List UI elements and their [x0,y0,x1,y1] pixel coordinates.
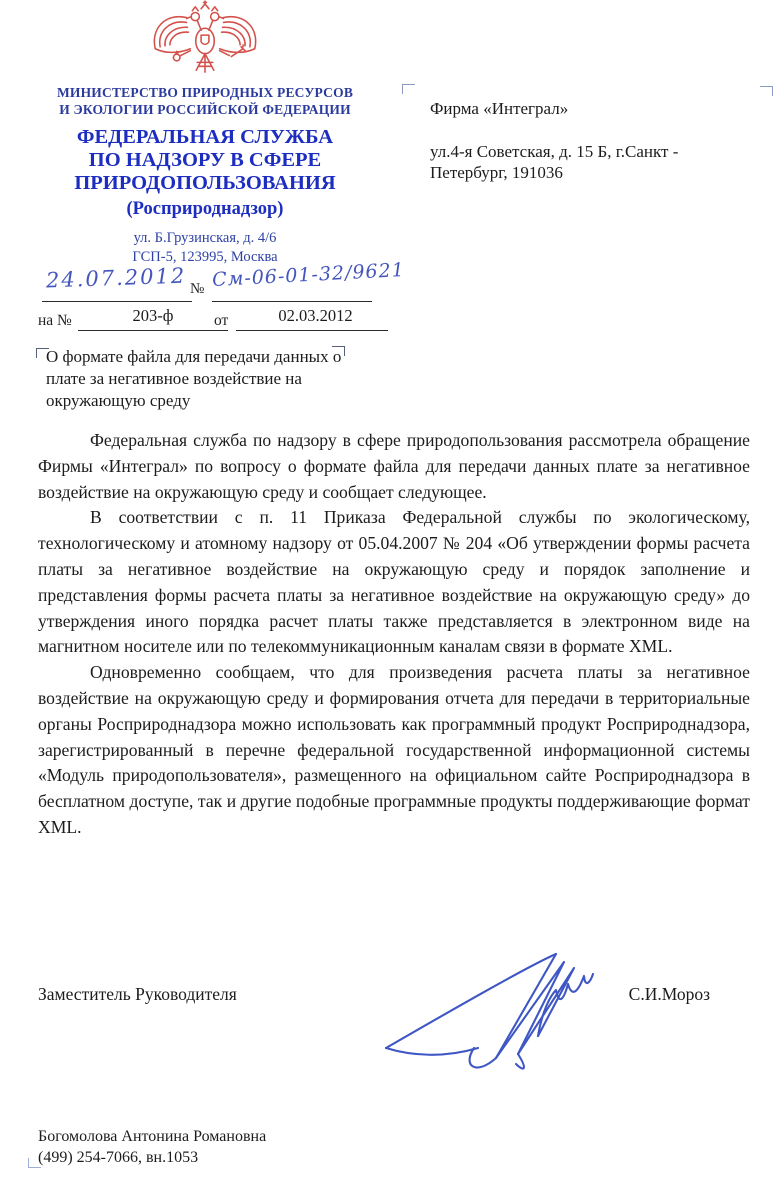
letterhead: МИНИСТЕРСТВО ПРИРОДНЫХ РЕСУРСОВ И ЭКОЛОГ… [40,0,370,267]
incoming-number: 203-ф [78,306,228,326]
incoming-number-underline [78,329,228,331]
addressee-address: ул.4-я Советская, д. 15 Б, г.Санкт - Пет… [430,141,760,183]
agency-line1: ФЕДЕРАЛЬНАЯ СЛУЖБА [40,126,370,149]
corner-mark-tl-icon [402,84,415,94]
addressee-block: Фирма «Интеграл» ул.4-я Советская, д. 15… [430,98,760,183]
date-underline [42,300,192,302]
addressee-name: Фирма «Интеграл» [430,98,760,119]
subject-line1: О формате файла для передачи данных о [46,346,358,368]
agency-short-name: (Росприроднадзор) [40,199,370,220]
coat-of-arms-icon [139,0,271,78]
body-paragraph-2: В соответствии с п. 11 Приказа Федеральн… [38,505,750,660]
incoming-date: 02.03.2012 [243,306,388,326]
incoming-reference-line: на № 203-ф от 02.03.2012 [38,306,478,336]
from-label: от [214,312,228,330]
outgoing-reference-line: 24.07.2012 № См-06-01-32/9621 [38,264,478,304]
subject-block: О формате файла для передачи данных о пл… [46,346,358,412]
corner-mark-tr-icon [760,86,773,96]
footer-corner-bl-icon [28,1158,41,1168]
agency-line2: ПО НАДЗОРУ В СФЕРЕ [40,149,370,172]
body-paragraph-1: Федеральная служба по надзору в сфере пр… [38,428,750,505]
outgoing-number-handwritten: См-06-01-32/9621 [212,259,406,291]
number-sign: № [190,281,204,298]
letter-body: Федеральная служба по надзору в сфере пр… [38,428,750,841]
executor-phone: (499) 254-7066, вн.1053 [38,1147,266,1168]
executor-block: Богомолова Антонина Романовна (499) 254-… [38,1126,266,1168]
signer-position: Заместитель Руководителя [38,984,237,1005]
ministry-line2: И ЭКОЛОГИИ РОССИЙСКОЙ ФЕДЕРАЦИИ [40,101,370,118]
letter-page: МИНИСТЕРСТВО ПРИРОДНЫХ РЕСУРСОВ И ЭКОЛОГ… [0,0,780,1200]
incoming-number-label: на № [38,312,72,330]
number-underline [212,300,372,302]
signature-scribble-icon [378,936,608,1076]
body-paragraph-3: Одновременно сообщаем, что для произведе… [38,660,750,841]
ministry-line1: МИНИСТЕРСТВО ПРИРОДНЫХ РЕСУРСОВ [40,84,370,101]
subject-line3: окружающую среду [46,390,358,412]
outgoing-date-handwritten: 24.07.2012 [46,264,187,293]
executor-name: Богомолова Антонина Романовна [38,1126,266,1147]
signer-name: С.И.Мороз [629,984,710,1005]
letterhead-address-line1: ул. Б.Грузинская, д. 4/6 [40,229,370,248]
subject-line2: плате за негативное воздействие на [46,368,358,390]
incoming-date-underline [236,329,388,331]
agency-line3: ПРИРОДОПОЛЬЗОВАНИЯ [40,172,370,195]
